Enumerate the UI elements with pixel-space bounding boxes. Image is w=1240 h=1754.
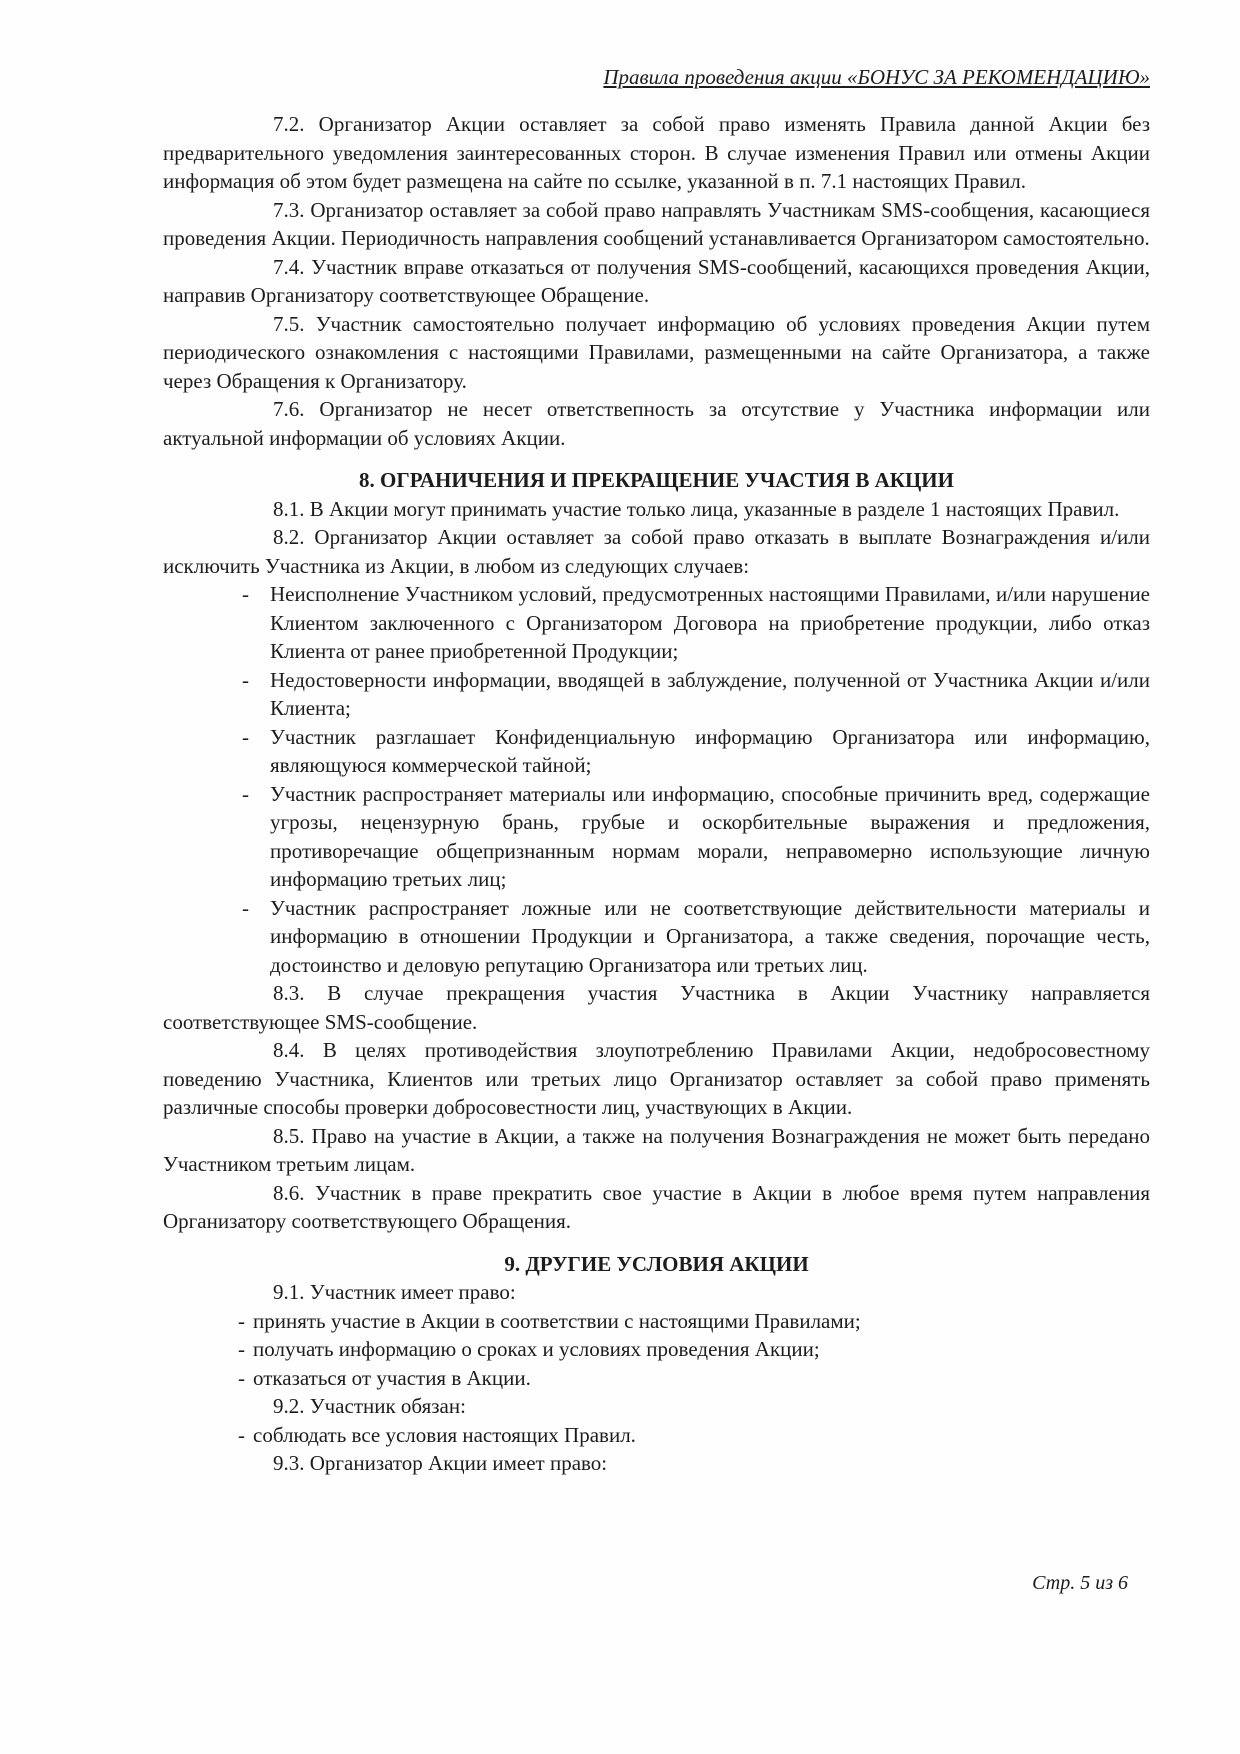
dash-marker: - [238, 1335, 245, 1364]
paragraph-7-4: 7.4. Участник вправе отказаться от получ… [163, 253, 1150, 310]
dash-marker: - [238, 1421, 245, 1450]
section-8-exclusion-list: - Неисполнение Участником условий, преду… [163, 580, 1150, 979]
paragraph-7-5: 7.5. Участник самостоятельно получает ин… [163, 310, 1150, 396]
dash-marker: - [242, 580, 249, 609]
header-title: Правила проведения акции «БОНУС ЗА РЕКОМ… [603, 65, 1150, 89]
paragraph-7-3: 7.3. Организатор оставляет за собой прав… [163, 196, 1150, 253]
list-item-text: Участник разглашает Конфиденциальную инф… [270, 725, 1150, 778]
paragraph-7-6: 7.6. Организатор не несет ответствепност… [163, 395, 1150, 452]
list-item: - соблюдать все условия настоящих Правил… [163, 1421, 1150, 1450]
section-9-heading: 9. ДРУГИЕ УСЛОВИЯ АКЦИИ [163, 1250, 1150, 1279]
paragraph-8-6: 8.6. Участник в праве прекратить свое уч… [163, 1179, 1150, 1236]
section-9-obligations-list: - соблюдать все условия настоящих Правил… [163, 1421, 1150, 1450]
paragraph-9-2: 9.2. Участник обязан: [163, 1392, 1150, 1421]
list-item-text: получать информацию о сроках и условиях … [253, 1337, 820, 1361]
document-page: Правила проведения акции «БОНУС ЗА РЕКОМ… [0, 0, 1240, 1754]
list-item-text: принять участие в Акции в соответствии с… [253, 1309, 861, 1333]
dash-marker: - [238, 1364, 245, 1393]
paragraph-7-2: 7.2. Организатор Акции оставляет за собо… [163, 110, 1150, 196]
section-9-rights-list: - принять участие в Акции в соответствии… [163, 1307, 1150, 1393]
document-footer: Стр. 5 из 6 [1032, 1572, 1128, 1595]
paragraph-8-5: 8.5. Право на участие в Акции, а также н… [163, 1122, 1150, 1179]
list-item: - Неисполнение Участником условий, преду… [163, 580, 1150, 666]
paragraph-9-1: 9.1. Участник имеет право: [163, 1278, 1150, 1307]
dash-marker: - [242, 723, 249, 752]
document-header: Правила проведения акции «БОНУС ЗА РЕКОМ… [163, 64, 1150, 90]
list-item: - Участник разглашает Конфиденциальную и… [163, 723, 1150, 780]
list-item: - принять участие в Акции в соответствии… [163, 1307, 1150, 1336]
paragraph-8-2: 8.2. Организатор Акции оставляет за собо… [163, 523, 1150, 580]
list-item: - Недостоверности информации, вводящей в… [163, 666, 1150, 723]
page-number: Стр. 5 из 6 [1032, 1572, 1128, 1594]
list-item: - получать информацию о сроках и условия… [163, 1335, 1150, 1364]
list-item-text: Участник распространяет материалы или ин… [270, 782, 1150, 892]
list-item-text: Неисполнение Участником условий, предусм… [270, 582, 1150, 663]
list-item-text: соблюдать все условия настоящих Правил. [253, 1423, 636, 1447]
paragraph-8-4: 8.4. В целях противодействия злоупотребл… [163, 1036, 1150, 1122]
list-item: - Участник распространяет материалы или … [163, 780, 1150, 894]
dash-marker: - [242, 780, 249, 809]
document-body: 7.2. Организатор Акции оставляет за собо… [163, 110, 1150, 1478]
paragraph-8-1: 8.1. В Акции могут принимать участие тол… [163, 495, 1150, 524]
paragraph-9-3: 9.3. Организатор Акции имеет право: [163, 1449, 1150, 1478]
dash-marker: - [238, 1307, 245, 1336]
list-item-text: Недостоверности информации, вводящей в з… [270, 668, 1150, 721]
dash-marker: - [242, 666, 249, 695]
dash-marker: - [242, 894, 249, 923]
list-item: - отказаться от участия в Акции. [163, 1364, 1150, 1393]
list-item: - Участник распространяет ложные или не … [163, 894, 1150, 980]
section-8-heading: 8. ОГРАНИЧЕНИЯ И ПРЕКРАЩЕНИЕ УЧАСТИЯ В А… [163, 466, 1150, 495]
list-item-text: отказаться от участия в Акции. [253, 1366, 531, 1390]
paragraph-8-3: 8.3. В случае прекращения участия Участн… [163, 979, 1150, 1036]
list-item-text: Участник распространяет ложные или не со… [270, 896, 1150, 977]
